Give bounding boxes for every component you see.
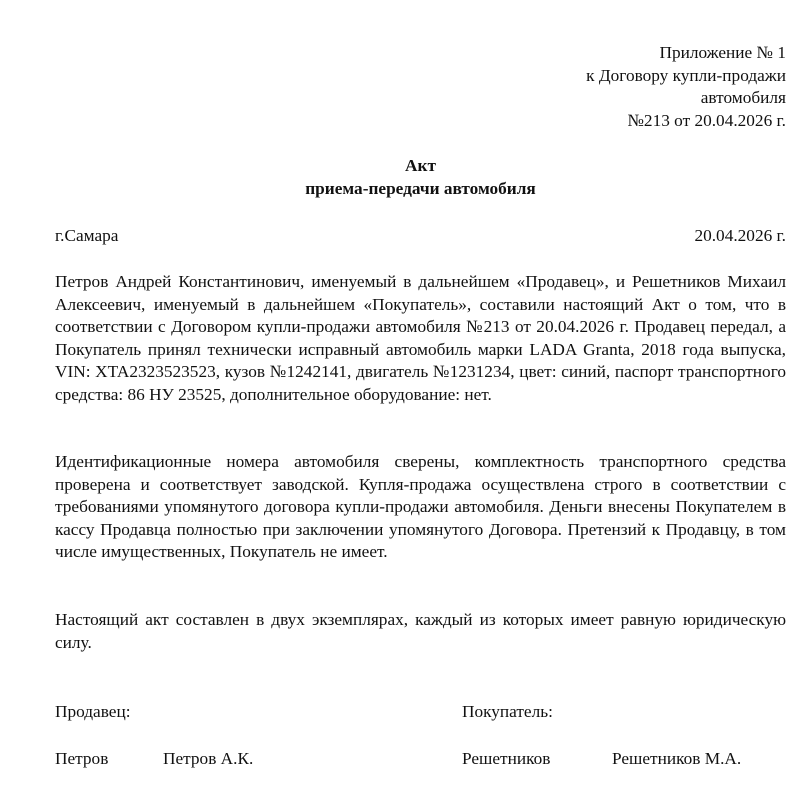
- appendix-line: к Договору купли-продажи: [386, 65, 786, 88]
- seller-signature: Петров: [55, 748, 108, 771]
- document-date: 20.04.2026 г.: [694, 225, 786, 248]
- appendix-reference: Приложение № 1 к Договору купли-продажи …: [386, 42, 786, 132]
- paragraph-copies: Настоящий акт составлен в двух экземпляр…: [55, 609, 786, 654]
- appendix-line: автомобиля: [386, 87, 786, 110]
- buyer-name: Решетников М.А.: [612, 748, 741, 771]
- title-line-1: Акт: [55, 155, 786, 178]
- buyer-label: Покупатель:: [462, 701, 553, 724]
- document-title: Акт приема-передачи автомобиля: [55, 155, 786, 200]
- place-date-row: г.Самара 20.04.2026 г.: [55, 225, 786, 248]
- appendix-line: Приложение № 1: [386, 42, 786, 65]
- city: г.Самара: [55, 225, 118, 248]
- seller-label: Продавец:: [55, 701, 131, 724]
- buyer-signature: Решетников: [462, 748, 550, 771]
- seller-name: Петров А.К.: [163, 748, 253, 771]
- appendix-line: №213 от 20.04.2026 г.: [386, 110, 786, 133]
- title-line-2: приема-передачи автомобиля: [55, 178, 786, 201]
- paragraph-transfer-details: Петров Андрей Константинович, именуемый …: [55, 271, 786, 406]
- paragraph-verification: Идентификационные номера автомобиля свер…: [55, 451, 786, 564]
